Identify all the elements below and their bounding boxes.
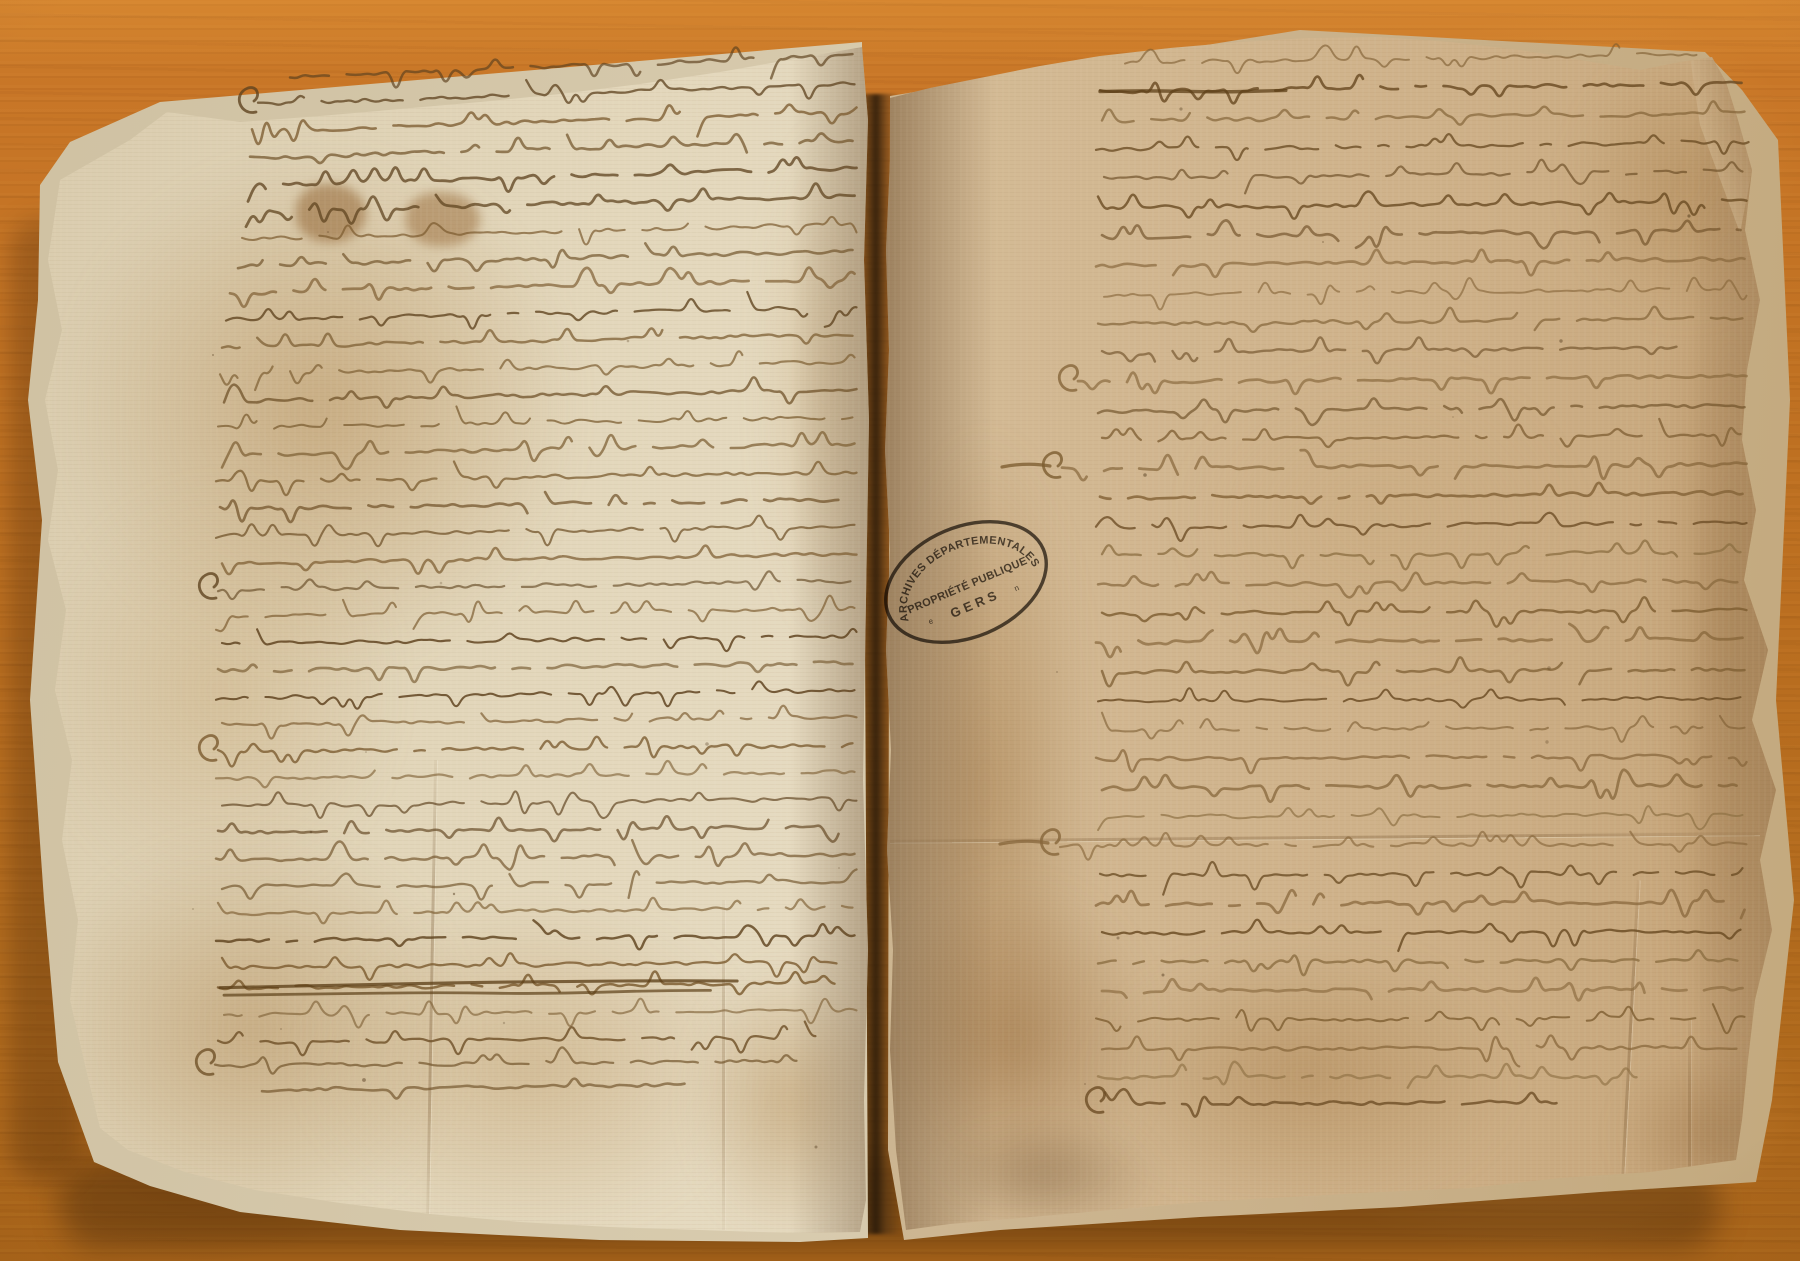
handwriting-line (248, 157, 857, 201)
ink-speck (453, 893, 455, 895)
ink-speck (1084, 1083, 1086, 1085)
ink-speck (440, 582, 443, 585)
handwriting-line (1098, 806, 1743, 830)
handwriting-line (242, 217, 857, 245)
handwriting-line (220, 492, 838, 522)
handwriting-line (252, 105, 857, 144)
ink-speck (1545, 740, 1548, 743)
handwriting-line (218, 737, 853, 767)
handwriting-line (1098, 191, 1747, 218)
handwriting-line (1002, 464, 1050, 467)
ink-speck (705, 742, 709, 746)
ink-speck (838, 867, 840, 869)
ink-speck (1322, 241, 1324, 243)
handwriting-line (1098, 950, 1737, 975)
handwriting-left-page (196, 48, 856, 1099)
handwriting-line (216, 516, 855, 547)
handwriting-line (222, 870, 857, 900)
ink-speck (1687, 214, 1690, 217)
ink-speck (327, 231, 329, 233)
stamp-mark-right: n (1013, 583, 1021, 593)
handwriting-line (199, 735, 217, 760)
handwriting-line (216, 761, 855, 787)
handwriting-line (218, 898, 853, 923)
handwriting-line (216, 681, 855, 708)
handwriting-line (1096, 624, 1743, 657)
handwriting-line (222, 546, 857, 575)
handwriting-line (215, 1047, 797, 1073)
handwriting-line (216, 920, 855, 949)
handwriting-line (1100, 483, 1743, 504)
ink-speck (1452, 416, 1454, 418)
handwriting-line (216, 596, 855, 631)
handwriting-line (216, 462, 857, 495)
handwriting-line (222, 629, 857, 651)
handwriting-line (1102, 978, 1743, 1000)
handwriting-line (224, 377, 857, 407)
handwriting-line (258, 80, 855, 105)
ink-speck (1143, 473, 1147, 477)
ink-speck (1117, 937, 1120, 940)
ink-speck (1559, 339, 1562, 342)
ink-speck (212, 354, 214, 356)
ink-speck (362, 1078, 366, 1082)
ink-speck (1547, 666, 1551, 670)
handwriting-line (1102, 220, 1741, 248)
handwriting-line (1098, 398, 1745, 425)
handwriting-line (262, 1079, 685, 1099)
handwriting-line (1102, 337, 1677, 363)
handwriting-line (1125, 44, 1697, 73)
handwriting-line (1098, 307, 1743, 332)
handwriting-line (222, 329, 853, 349)
handwriting-line (1098, 1062, 1637, 1088)
handwriting-line (1060, 832, 1747, 860)
handwriting-line (216, 840, 855, 869)
handwriting-line (222, 706, 857, 739)
handwriting-line (1098, 572, 1737, 597)
handwriting-line (1102, 101, 1745, 124)
ink-speck (280, 1028, 282, 1030)
handwriting-line (290, 48, 853, 88)
handwriting-line (1102, 541, 1741, 570)
handwriting-line (1096, 513, 1747, 541)
handwriting-line (1102, 1035, 1737, 1066)
handwriting-line (246, 184, 855, 227)
ink-speck (365, 751, 367, 753)
ink-speck (192, 908, 194, 910)
handwriting-line (230, 268, 855, 307)
handwriting-line (218, 1022, 815, 1056)
handwriting-line (1078, 373, 1747, 394)
handwriting-line (1100, 75, 1742, 103)
handwriting-line (1100, 90, 1286, 91)
handwriting-line (218, 816, 839, 841)
handwriting-line (1096, 250, 1745, 277)
handwriting-line (1096, 1004, 1745, 1033)
ink-speck (1179, 107, 1182, 110)
handwriting-line (218, 571, 851, 599)
handwriting-line (199, 573, 217, 598)
handwriting-line (1086, 1087, 1104, 1112)
ink-speck (1162, 974, 1165, 977)
handwriting-line (1098, 688, 1741, 707)
handwriting-line (1105, 1089, 1557, 1116)
handwriting-line (239, 87, 257, 112)
handwriting-line (222, 432, 855, 469)
handwriting-line (1104, 160, 1743, 194)
handwriting-line (1062, 450, 1747, 480)
manuscript-photo: ARCHIVES DÉPARTEMENTALES PROPRIÉTÉ PUBLI… (0, 0, 1800, 1261)
handwriting-ink-layer: ARCHIVES DÉPARTEMENTALES PROPRIÉTÉ PUBLI… (0, 0, 1800, 1261)
ink-speck (1056, 671, 1058, 673)
archive-stamp: ARCHIVES DÉPARTEMENTALES PROPRIÉTÉ PUBLI… (867, 499, 1065, 666)
handwriting-line (224, 990, 711, 995)
handwriting-line (1102, 713, 1745, 742)
handwriting-line (222, 791, 857, 818)
handwriting-line (1102, 419, 1741, 447)
stamp-mark-left: e (927, 616, 935, 626)
handwriting-line (224, 999, 857, 1028)
handwriting-line (1104, 278, 1747, 310)
handwriting-line (1102, 920, 1741, 951)
ink-speck (503, 1022, 505, 1024)
handwriting-line (250, 134, 853, 163)
handwriting-line (196, 1049, 214, 1074)
handwriting-line (1102, 770, 1737, 802)
handwriting-line (1102, 597, 1747, 626)
handwriting-line (1000, 841, 1048, 844)
handwriting-right-page (1000, 44, 1749, 1116)
handwriting-line (238, 243, 853, 271)
handwriting-line (226, 292, 857, 329)
ink-speck (815, 1146, 818, 1149)
handwriting-line (1100, 862, 1743, 895)
handwriting-line (1102, 657, 1745, 686)
ink-speck (627, 340, 630, 343)
handwriting-line (218, 662, 853, 682)
handwriting-line (1096, 890, 1745, 918)
ink-speck (310, 831, 313, 834)
handwriting-line (1059, 365, 1077, 390)
handwriting-line (1096, 134, 1749, 160)
handwriting-line (218, 406, 853, 428)
handwriting-line (1096, 750, 1747, 773)
